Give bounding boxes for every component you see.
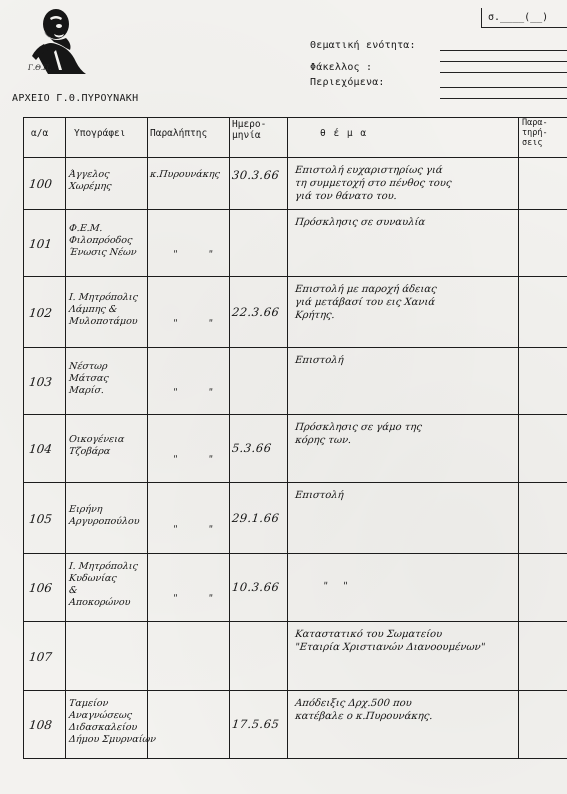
archive-title: ΑΡΧΕΙΟ Γ.Θ.ΠΥΡΟΥΝΑΚΗ — [12, 93, 138, 104]
signatory-line: Φιλοπρόοδος — [68, 235, 132, 247]
signatory-line: Ι. Μητρόπολις — [68, 292, 138, 304]
row-number: 103 — [28, 376, 52, 388]
folder-field-line-1[interactable] — [440, 61, 567, 62]
subject-line: Πρόσκλησις σε συναυλία — [294, 217, 425, 230]
signatory-line: Λάμπης & — [68, 304, 117, 316]
row-number: 108 — [28, 719, 52, 731]
subject-line: Επιστολή — [294, 355, 344, 368]
subject-line: γιά τον θάνατο του. — [294, 191, 397, 204]
signatory-line: Ειρήνη — [68, 504, 103, 516]
signatory-line: Αποκορώνου — [68, 597, 131, 609]
date: 30.3.66 — [231, 169, 280, 181]
signatory-line: Φ.Ε.Μ. — [68, 223, 103, 235]
signatory-line: Μάτσας — [68, 373, 109, 385]
contents-field-line-2[interactable] — [440, 98, 567, 99]
row-number: 100 — [28, 178, 52, 190]
signatory-line: Νέστωρ — [68, 361, 108, 373]
portrait-logo-icon: Γ.Θ.Π. — [26, 4, 92, 76]
recipient: " " — [172, 454, 227, 466]
signatory-line: Χωρέμης — [68, 181, 112, 193]
recipient: κ.Πυρουνάκης — [149, 169, 220, 181]
date: 29.1.66 — [231, 512, 280, 524]
header-recipient: Παραλήπτης — [150, 128, 207, 139]
header-remarks: Παρα- τηρή- σεις — [522, 118, 548, 148]
thematic-unit-label: Θεματική ενότητα: — [310, 40, 416, 51]
signatory-line: Τζοβάρα — [68, 446, 110, 458]
subject-line: " " — [322, 581, 354, 594]
subject-line: Πρόσκλησις σε γάμο της — [294, 422, 422, 435]
signatory-line: Αναγνώσεως — [68, 710, 132, 722]
row-number: 102 — [28, 307, 52, 319]
signatory-line: Ταμείον — [68, 698, 108, 710]
date: 5.3.66 — [231, 442, 272, 454]
table-rule — [23, 758, 567, 759]
recipient: " " — [172, 318, 227, 330]
subject-line: Επιστολή — [294, 490, 344, 503]
folder-field[interactable] — [440, 72, 567, 73]
header-signatory: Υπογράφει — [74, 128, 125, 139]
contents-field[interactable] — [440, 87, 567, 88]
subject-line: Επιστολή με παροχή άδειας — [294, 284, 437, 297]
date: 17.5.65 — [231, 718, 280, 730]
folder-label: Φάκελλος : — [310, 62, 372, 73]
svg-text:Γ.Θ.Π.: Γ.Θ.Π. — [27, 64, 51, 72]
header-date: Ημερο- μηνία — [232, 119, 266, 141]
row-number: 104 — [28, 443, 52, 455]
subject-line: Απόδειξις Δρχ.500 που — [294, 698, 412, 711]
signatory-line: Μαρίσ. — [68, 385, 104, 397]
row-number: 105 — [28, 513, 52, 525]
recipient: " " — [172, 387, 227, 399]
signatory-line: Αργυροπούλου — [68, 516, 140, 528]
signatory-line: & — [68, 585, 78, 597]
subject-line: Κρήτης. — [294, 310, 335, 323]
row-number: 101 — [28, 238, 52, 250]
contents-label: Περιεχόμενα: — [310, 77, 385, 88]
table-rule — [23, 117, 567, 118]
recipient: " " — [172, 593, 227, 605]
signatory-line: Άγγελος — [68, 169, 110, 181]
signatory-line: Δήμου Σμυρναίων — [68, 734, 156, 746]
subject-line: Καταστατικό του Σωματείου — [294, 629, 442, 642]
subject-line: γιά μετάβασί του εις Χανιά — [294, 297, 435, 310]
correspondence-register-table: α/α Υπογράφει Παραλήπτης Ημερο- μηνία θ … — [23, 117, 567, 758]
signatory-line: Οικογένεια — [68, 434, 124, 446]
page-reference-box: σ.____(__) — [481, 8, 567, 28]
header-aa: α/α — [31, 128, 48, 139]
subject-line: τη συμμετοχή στο πένθος τους — [294, 178, 452, 191]
archive-form-page: Γ.Θ.Π. ΑΡΧΕΙΟ Γ.Θ.ΠΥΡΟΥΝΑΚΗ σ.____(__) Θ… — [0, 0, 567, 794]
signatory-line: Ένωσις Νέων — [68, 247, 137, 259]
subject-line: κόρης των. — [294, 435, 351, 448]
subject-line: Επιστολή ευχαριστηρίως γιά — [294, 165, 443, 178]
recipient: " " — [172, 524, 227, 536]
signatory-line: Διδασκαλείου — [68, 722, 137, 734]
subject-line: "Εταιρία Χριστιανών Διανοουμένων" — [294, 642, 485, 655]
signatory-line: Ι. Μητρόπολις — [68, 561, 138, 573]
signatory-line: Κυδωνίας — [68, 573, 117, 585]
subject-line: κατέβαλε ο κ.Πυρουνάκης. — [294, 711, 433, 724]
row-number: 107 — [28, 651, 52, 663]
date: 10.3.66 — [231, 581, 280, 593]
thematic-unit-field[interactable] — [440, 50, 567, 51]
recipient: " " — [172, 249, 227, 261]
signatory-line: Μυλοποτάμου — [68, 316, 138, 328]
row-number: 106 — [28, 582, 52, 594]
date: 22.3.66 — [231, 306, 280, 318]
header-subject: θ έ μ α — [320, 128, 367, 139]
